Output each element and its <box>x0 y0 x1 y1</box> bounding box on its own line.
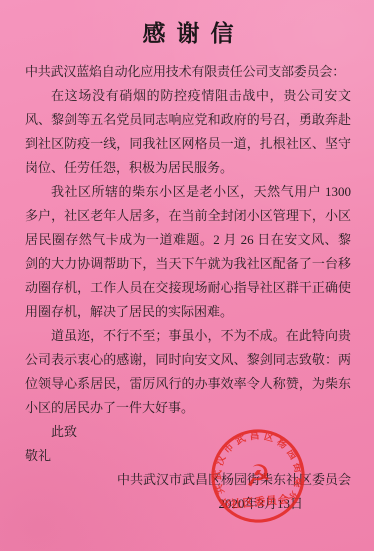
salutation-line: 中共武汉蓝焰自动化应用技术有限责任公司支部委员会： <box>25 60 351 84</box>
closing-cizhi: 此致 <box>25 420 351 444</box>
letter-content: 感谢信 中共武汉蓝焰自动化应用技术有限责任公司支部委员会： 在这场没有硝烟的防控… <box>0 0 374 516</box>
paragraph-gas-card-help: 我社区所辖的柴东小区是老小区，天然气用户 1300 多户，社区老年人居多，在当前… <box>25 180 351 324</box>
closing-jingli: 敬礼 <box>25 444 351 468</box>
letter-title: 感谢信 <box>25 18 351 50</box>
paragraph-epidemic-service: 在这场没有硝烟的防控疫情阻击战中，贵公司安文风、黎剑等五名党员同志响应党和政府的… <box>25 84 351 180</box>
letter-body: 中共武汉蓝焰自动化应用技术有限责任公司支部委员会： 在这场没有硝烟的防控疫情阻击… <box>25 60 351 516</box>
paragraph-gratitude: 道虽迩，不行不至；事虽小，不为不成。在此特向贵公司表示衷心的感谢，同时向安文风、… <box>25 324 351 420</box>
date-line: 2020年3月13日 <box>25 492 351 516</box>
thank-you-letter-page: 感谢信 中共武汉蓝焰自动化应用技术有限责任公司支部委员会： 在这场没有硝烟的防控… <box>0 0 374 551</box>
signature-committee-name: 中共武汉市武昌区杨园街柴东社区委员会 <box>25 468 351 492</box>
